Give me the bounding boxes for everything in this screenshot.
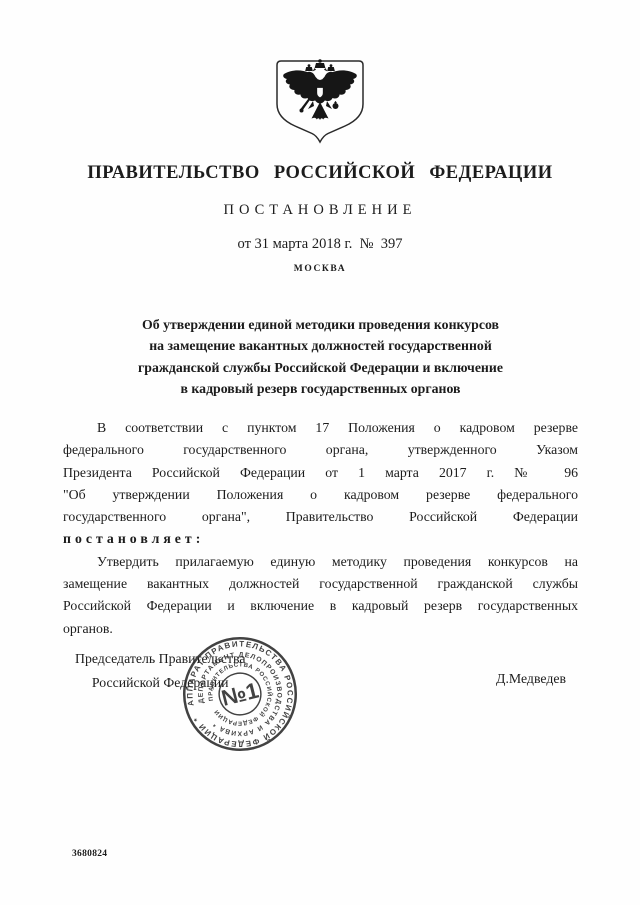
footer-document-number: 3680824: [72, 849, 107, 859]
decree-body: В соответствии с пунктом 17 Положения о …: [63, 417, 578, 640]
text-line: Об утверждении единой методики проведени…: [63, 314, 578, 335]
signature-block: Председатель ПравительстваРоссийской Фед…: [75, 647, 578, 694]
text-line: федерального государственного органа, ут…: [63, 439, 578, 461]
text-line: на замещение вакантных должностей госуда…: [63, 335, 578, 356]
text-line: В соответствии с пунктом 17 Положения о …: [63, 417, 578, 439]
decree-title: Об утверждении единой методики проведени…: [63, 314, 578, 400]
text-line: Президента Российской Федерации от 1 мар…: [63, 462, 578, 484]
decree-document-page: ПРАВИТЕЛЬСТВО РОССИЙСКОЙ ФЕДЕРАЦИИ ПОСТА…: [0, 0, 640, 905]
paragraph-1-lines: В соответствии с пунктом 17 Положения о …: [63, 417, 578, 528]
paragraph-1: В соответствии с пунктом 17 Положения о …: [63, 417, 578, 551]
text-line: Утвердить прилагаемую единую методику пр…: [63, 551, 578, 573]
document-type-title: ПОСТАНОВЛЕНИЕ: [0, 202, 640, 219]
text-line: государственного органа", Правительство …: [63, 506, 578, 528]
text-line: гражданской службы Российской Федерации …: [63, 357, 578, 378]
date-and-number-line: от 31 марта 2018 г. № 397: [0, 236, 640, 253]
resolution-emphasis: постановляет:: [63, 528, 578, 550]
stamp-center-number: №1: [219, 678, 261, 711]
text-line: замещение вакантных должностей государст…: [63, 573, 578, 595]
russia-coat-of-arms-icon: [272, 56, 368, 150]
authority-title: ПРАВИТЕЛЬСТВО РОССИЙСКОЙ ФЕДЕРАЦИИ: [0, 163, 640, 184]
city-label: МОСКВА: [0, 264, 640, 274]
text-line: в кадровый резерв государственных органо…: [63, 378, 578, 399]
text-line: "Об утверждении Положения о кадровом рез…: [63, 484, 578, 506]
paragraph-2-lines: Утвердить прилагаемую единую методику пр…: [63, 551, 578, 640]
text-line: органов.: [63, 618, 578, 640]
text-line: Российской Федерации и включение в кадро…: [63, 595, 578, 617]
paragraph-2: Утвердить прилагаемую единую методику пр…: [63, 551, 578, 640]
signer-name: Д.Медведев: [496, 671, 566, 687]
